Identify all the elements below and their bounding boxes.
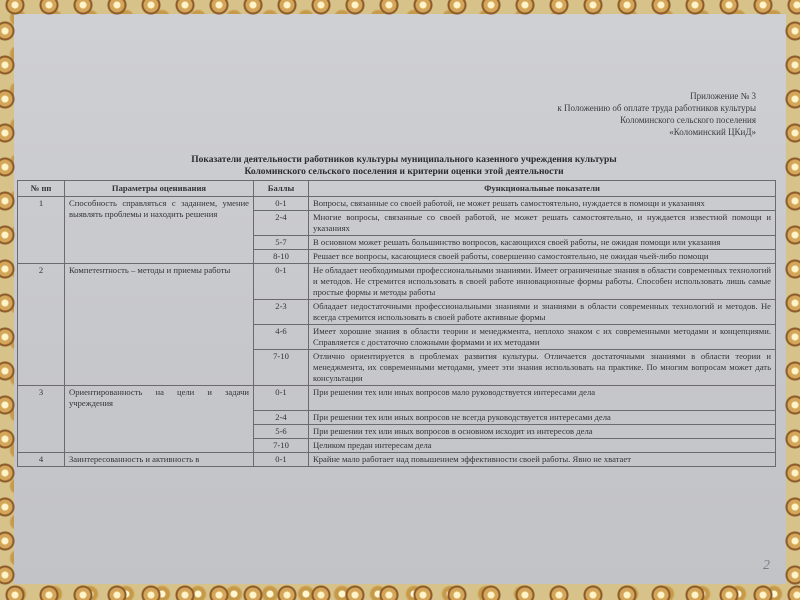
score-cell: 7-10 <box>254 350 309 386</box>
description-cell: Многие вопросы, связанные со своей работ… <box>309 211 776 236</box>
ornament-icon <box>786 584 800 600</box>
ornament-icon <box>784 88 800 110</box>
description-cell: При решении тех или иных вопросов не все… <box>309 411 776 425</box>
header-param: Параметры оценивания <box>65 181 254 197</box>
appendix-line: к Положению об оплате труда работников к… <box>456 102 756 114</box>
decorative-frame: Приложение № 3 к Положению об оплате тру… <box>0 0 800 600</box>
description-cell: В основном может решать большинство вопр… <box>309 236 776 250</box>
title-line: Показатели деятельности работников культ… <box>134 154 674 166</box>
criteria-table: № пп Параметры оценивания Баллы Функцион… <box>17 180 776 467</box>
score-cell: 4-6 <box>254 325 309 350</box>
ornament-icon <box>106 584 128 600</box>
ornament-icon <box>784 258 800 280</box>
header-desc: Функциональные показатели <box>309 181 776 197</box>
score-cell: 8-10 <box>254 250 309 264</box>
document-title: Показатели деятельности работников культ… <box>134 154 674 178</box>
table-row: 2Компетентность – методы и приемы работы… <box>18 264 776 300</box>
ornament-icon <box>684 584 706 600</box>
table-row: 4Заинтересованность и активность в0-1Кра… <box>18 453 776 467</box>
ornament-icon <box>72 584 94 600</box>
header-score: Баллы <box>254 181 309 197</box>
table-body: 1Способность справляться с заданием, уме… <box>18 197 776 467</box>
score-cell: 7-10 <box>254 439 309 453</box>
ornament-icon <box>784 530 800 552</box>
ornament-icon <box>784 156 800 178</box>
ornament-icon <box>784 20 800 42</box>
ornament-icon <box>4 584 26 600</box>
document-page: Приложение № 3 к Положению об оплате тру… <box>14 14 786 584</box>
table-row: 3Ориентированность на цели и задачи учре… <box>18 386 776 411</box>
parameter-cell: Заинтересованность и активность в <box>65 453 254 467</box>
score-cell: 0-1 <box>254 453 309 467</box>
parameter-cell: Компетентность – методы и приемы работы <box>65 264 254 386</box>
description-cell: Обладает недостаточными профессиональным… <box>309 300 776 325</box>
score-cell: 5-7 <box>254 236 309 250</box>
appendix-line: Приложение № 3 <box>456 90 756 102</box>
row-number: 4 <box>18 453 65 467</box>
parameter-cell: Способность справляться с заданием, умен… <box>65 197 254 264</box>
ornament-icon <box>310 584 332 600</box>
description-cell: Крайне мало работает над повышением эффе… <box>309 453 776 467</box>
ornament-icon <box>582 584 604 600</box>
appendix-line: «Коломинский ЦКиД» <box>456 126 756 138</box>
ornament-icon <box>784 190 800 212</box>
ornament-icon <box>784 54 800 76</box>
row-number: 3 <box>18 386 65 453</box>
ornament-icon <box>616 584 638 600</box>
description-cell: Не обладает необходимыми профессиональны… <box>309 264 776 300</box>
table-header-row: № пп Параметры оценивания Баллы Функцион… <box>18 181 776 197</box>
header-num: № пп <box>18 181 65 197</box>
score-cell: 0-1 <box>254 264 309 300</box>
score-cell: 2-4 <box>254 211 309 236</box>
score-cell: 2-3 <box>254 300 309 325</box>
ornament-icon <box>548 584 570 600</box>
appendix-note: Приложение № 3 к Положению об оплате тру… <box>456 90 756 138</box>
appendix-line: Коломинского сельского поселения <box>456 114 756 126</box>
score-cell: 0-1 <box>254 197 309 211</box>
ornament-icon <box>784 428 800 450</box>
ornament-icon <box>784 292 800 314</box>
ornament-icon <box>786 0 800 16</box>
ornament-icon <box>784 360 800 382</box>
score-cell: 5-6 <box>254 425 309 439</box>
ornament-icon <box>242 584 264 600</box>
ornament-icon <box>784 496 800 518</box>
ornament-icon <box>784 462 800 484</box>
ornament-icon <box>514 584 536 600</box>
ornament-icon <box>718 584 740 600</box>
ornament-icon <box>650 584 672 600</box>
ornament-icon <box>784 394 800 416</box>
description-cell: Решает все вопросы, касающиеся своей раб… <box>309 250 776 264</box>
description-cell: Целиком предан интересам дела <box>309 439 776 453</box>
ornament-icon <box>276 584 298 600</box>
description-cell: При решении тех или иных вопросов в осно… <box>309 425 776 439</box>
ornament-icon <box>208 584 230 600</box>
title-line: Коломинского сельского поселения и крите… <box>134 166 674 178</box>
ornament-icon <box>412 584 434 600</box>
description-cell: Вопросы, связанные со своей работой, не … <box>309 197 776 211</box>
parameter-cell: Ориентированность на цели и задачи учреж… <box>65 386 254 453</box>
ornament-icon <box>174 584 196 600</box>
ornament-icon <box>784 224 800 246</box>
ornament-icon <box>378 584 400 600</box>
row-number: 1 <box>18 197 65 264</box>
ornament-icon <box>140 584 162 600</box>
row-number: 2 <box>18 264 65 386</box>
ornament-icon <box>446 584 468 600</box>
description-cell: При решении тех или иных вопросов мало р… <box>309 386 776 411</box>
ornament-icon <box>344 584 366 600</box>
ornament-icon <box>480 584 502 600</box>
score-cell: 2-4 <box>254 411 309 425</box>
table-row: 1Способность справляться с заданием, уме… <box>18 197 776 211</box>
ornament-icon <box>784 564 800 586</box>
description-cell: Имеет хорошие знания в области теории и … <box>309 325 776 350</box>
ornament-icon <box>752 584 774 600</box>
ornament-icon <box>784 326 800 348</box>
page-number: 2 <box>763 558 770 574</box>
ornament-icon <box>38 584 60 600</box>
score-cell: 0-1 <box>254 386 309 411</box>
description-cell: Отлично ориентируется в проблемах развит… <box>309 350 776 386</box>
ornament-icon <box>784 122 800 144</box>
